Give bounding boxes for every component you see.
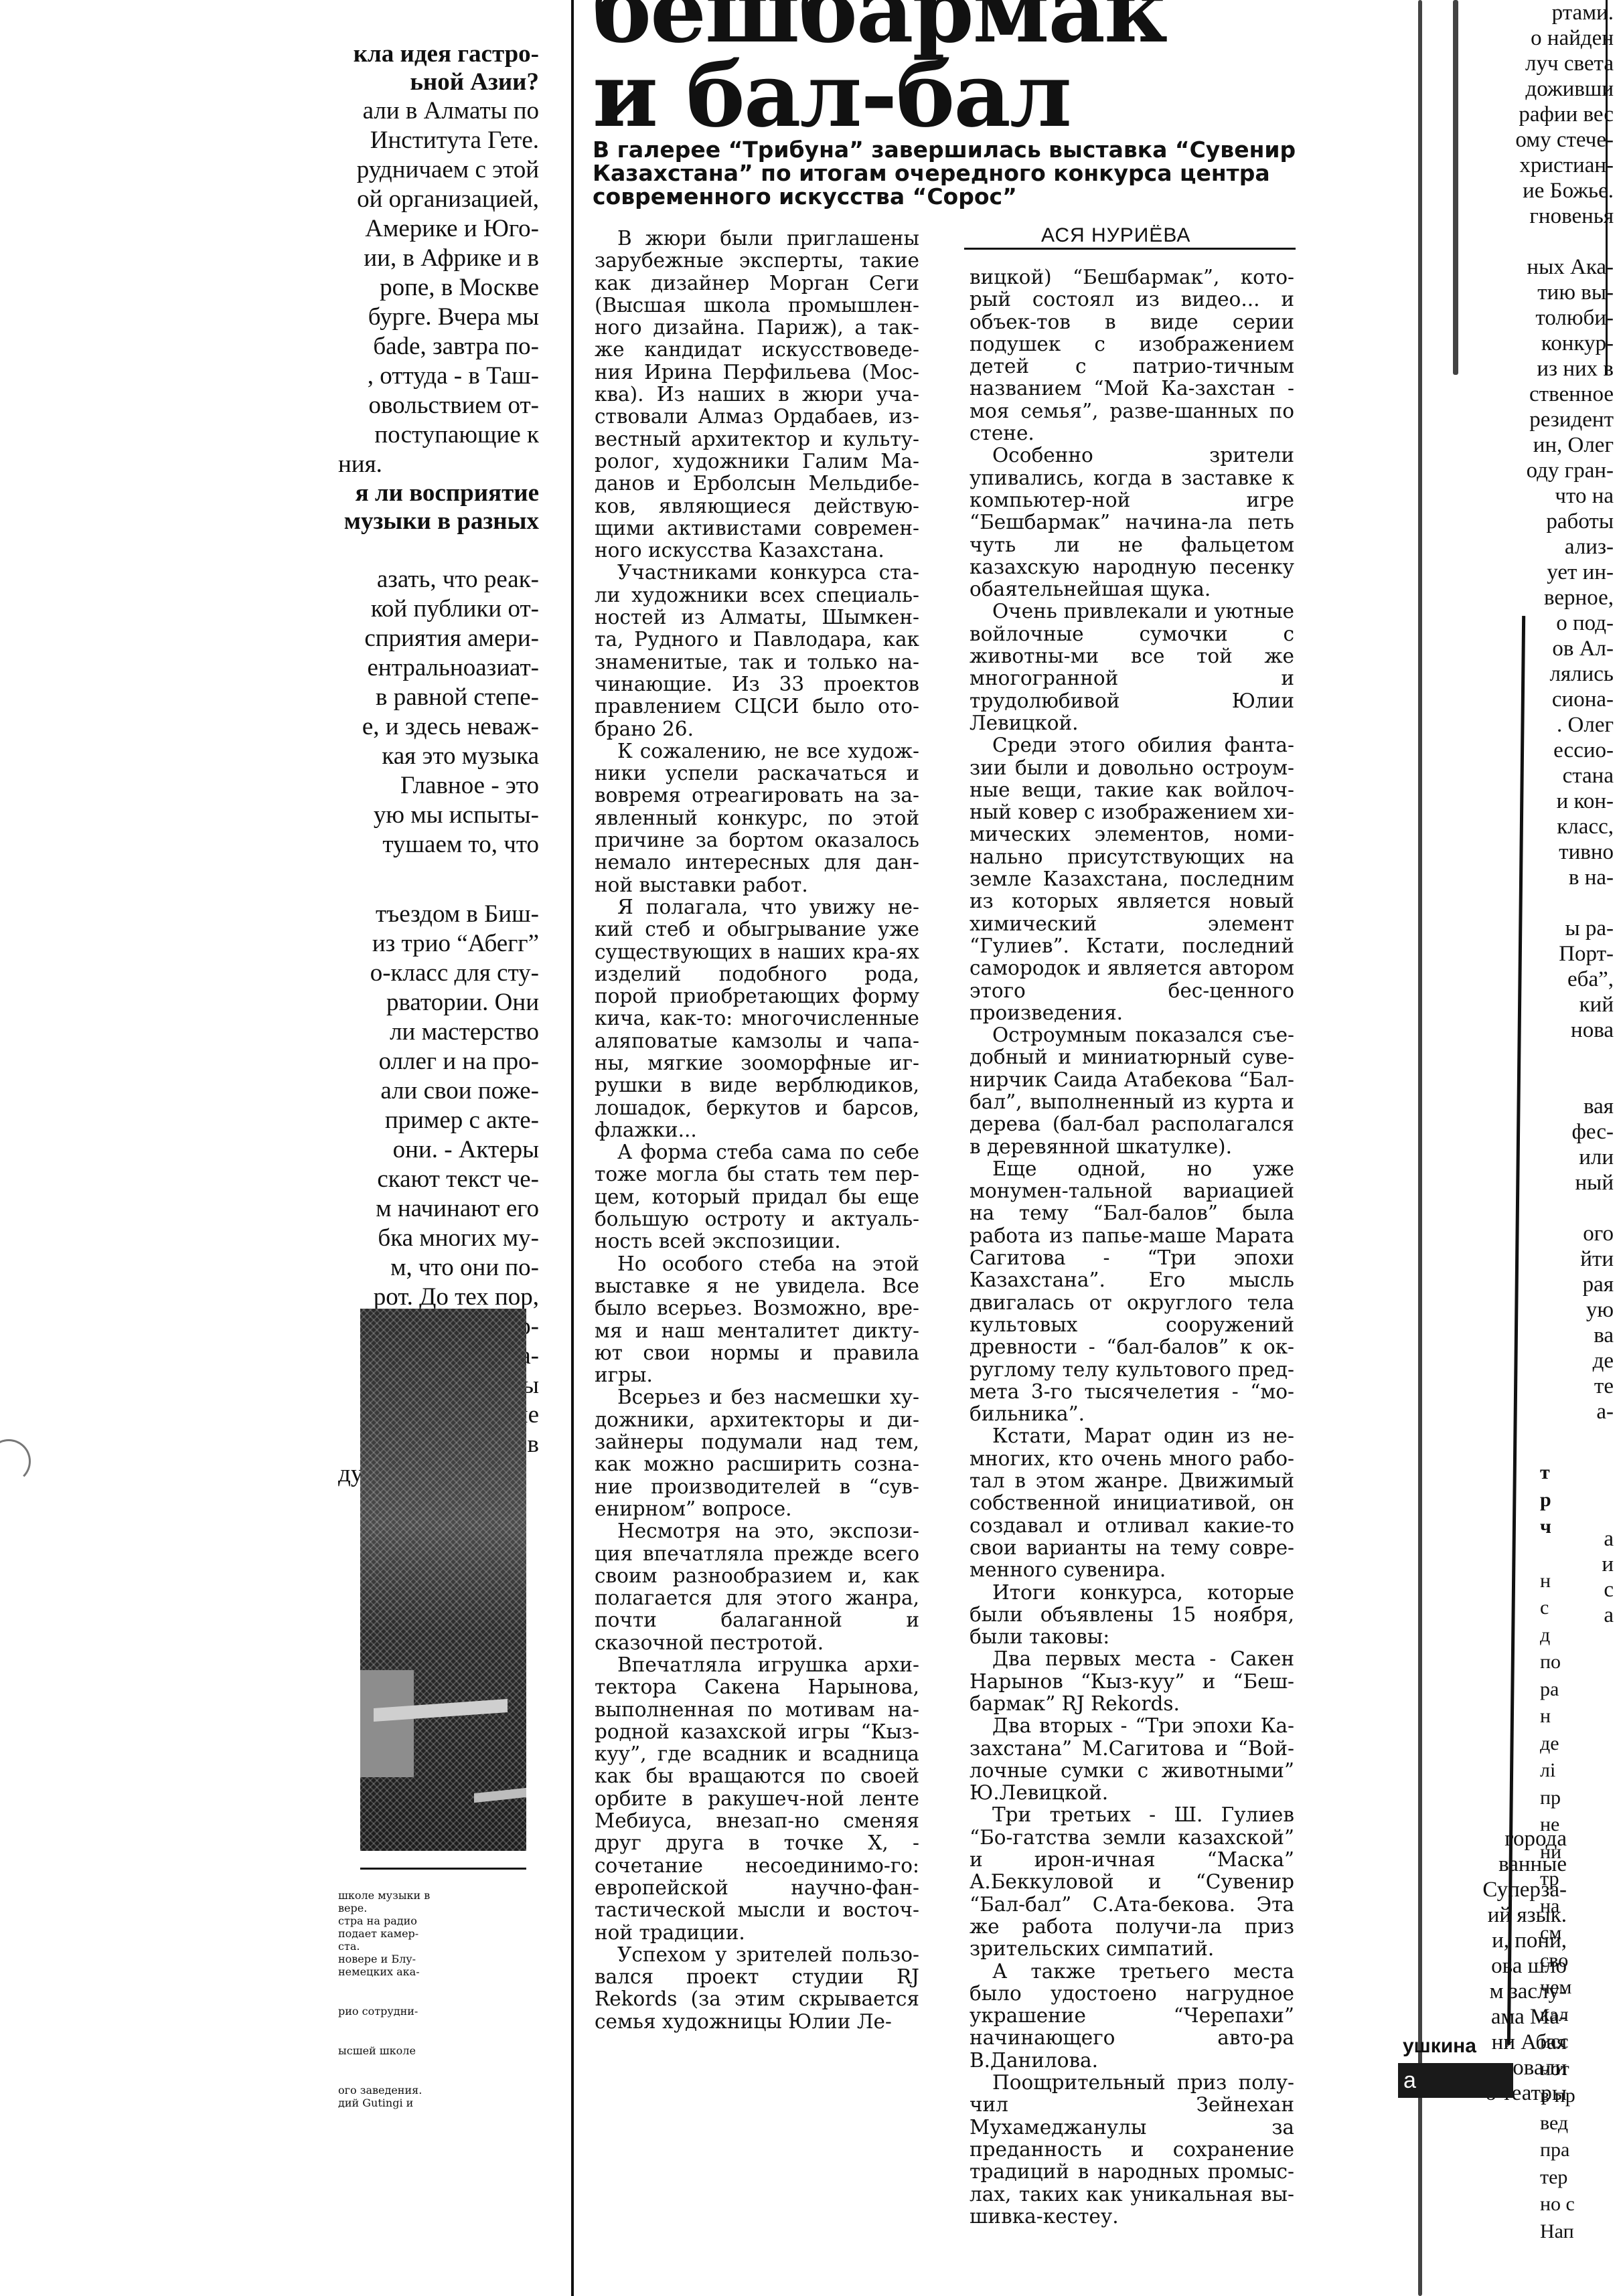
article-paragraph: Еще одной, но уже монумен-тальной вариац… <box>970 1158 1294 1426</box>
article-paragraph: Поощрительный приз полу-чил Зейнехан Мух… <box>970 2072 1294 2228</box>
article-paragraph: Успехом у зрителей пользо-вался проект с… <box>595 1944 919 2033</box>
left-heading-1: кла идея гастро- ьной Азии? <box>338 40 539 96</box>
article-paragraph: А также третьего места было удостоено на… <box>970 1961 1294 2072</box>
article-paragraph: Несмотря на это, экспози-ция впечатляла … <box>595 1520 919 1654</box>
photo-shape <box>474 1788 526 1803</box>
article-paragraph: Три третьих - Ш. Гулиев “Бо-гатства земл… <box>970 1804 1294 1960</box>
left-paragraph-4: школе музыки в вере. стра на радио подае… <box>338 1889 532 2109</box>
article-paragraph: Итоги конкурса, которые были объявлены 1… <box>970 1582 1294 1649</box>
article-column-2: вицкой) “Бешбармак”, кото-рый состоял из… <box>970 266 1294 2228</box>
far-right-column-fragment: т р ч н с д по ра н де лі пр не ни тр на… <box>1540 1459 1620 2245</box>
right-partial-column: ртами. о найден луч света доживши рафии … <box>1460 0 1614 1628</box>
article-paragraph: вицкой) “Бешбармак”, кото-рый состоял из… <box>970 266 1294 444</box>
article-paragraph: Два вторых - “Три эпохи Ка-захстана” М.С… <box>970 1715 1294 1804</box>
exhibit-photo <box>360 1309 526 1851</box>
article-column-1: В жюри были приглашены зарубежные экспер… <box>595 228 919 2033</box>
right-author-fragment: ушкина <box>1403 2035 1476 2058</box>
article-paragraph: Я полагала, что увижу не-кий стеб и обыг… <box>595 896 919 1141</box>
article-paragraph: Впечатляла игрушка архи-тектора Сакена Н… <box>595 1654 919 1944</box>
article-author: АСЯ НУРИЁВА <box>1041 224 1190 247</box>
left-paragraph-2: азать, что реак- кой публики от- сприяти… <box>338 565 539 859</box>
byline-rule <box>964 248 1296 250</box>
left-partial-column: ...ртистка кагс кла идея гастро- ьной Аз… <box>338 0 539 1489</box>
article-subheadline: В галерее “Трибуна” завершилась выставка… <box>593 138 1306 208</box>
article-paragraph: А форма стеба сама по себе тоже могла бы… <box>595 1141 919 1252</box>
article-paragraph: Среди этого обилия фанта-зии были и дово… <box>970 734 1294 1024</box>
article-paragraph: Кстати, Марат один из не-многих, кто оче… <box>970 1425 1294 1581</box>
photo-shape <box>360 1670 414 1777</box>
left-paragraph-1: али в Алматы по Института Гете. рудничае… <box>338 96 539 479</box>
torn-edge <box>1453 0 1458 375</box>
article-paragraph: Очень привлекали и уютные войлочные сумо… <box>970 600 1294 734</box>
article-paragraph: Остроумным показался съе-добный и миниат… <box>970 1024 1294 1158</box>
article-paragraph: В жюри были приглашены зарубежные экспер… <box>595 228 919 562</box>
black-caption-bar: а <box>1398 2063 1513 2098</box>
left-heading-2: я ли восприятие музыки в разных <box>338 479 539 536</box>
article-paragraph: Особенно зрители упивались, когда в заст… <box>970 444 1294 600</box>
article-headline: бешбармак и бал-бал <box>593 0 1166 138</box>
photo-divider <box>360 1868 526 1870</box>
article-paragraph: Участниками конкурса ста-ли художники вс… <box>595 562 919 740</box>
article-paragraph: К сожалению, не все худож-ники успели ра… <box>595 740 919 896</box>
scan-artifact <box>0 1439 31 1483</box>
column-divider <box>571 0 574 2296</box>
article-paragraph: Но особого стеба на этой выставке я не у… <box>595 1253 919 1387</box>
article-paragraph: Всерьез и без насмешки ху-дожники, архит… <box>595 1386 919 1520</box>
article-paragraph: Два первых места - Сакен Нарынов “Кыз-ку… <box>970 1648 1294 1715</box>
